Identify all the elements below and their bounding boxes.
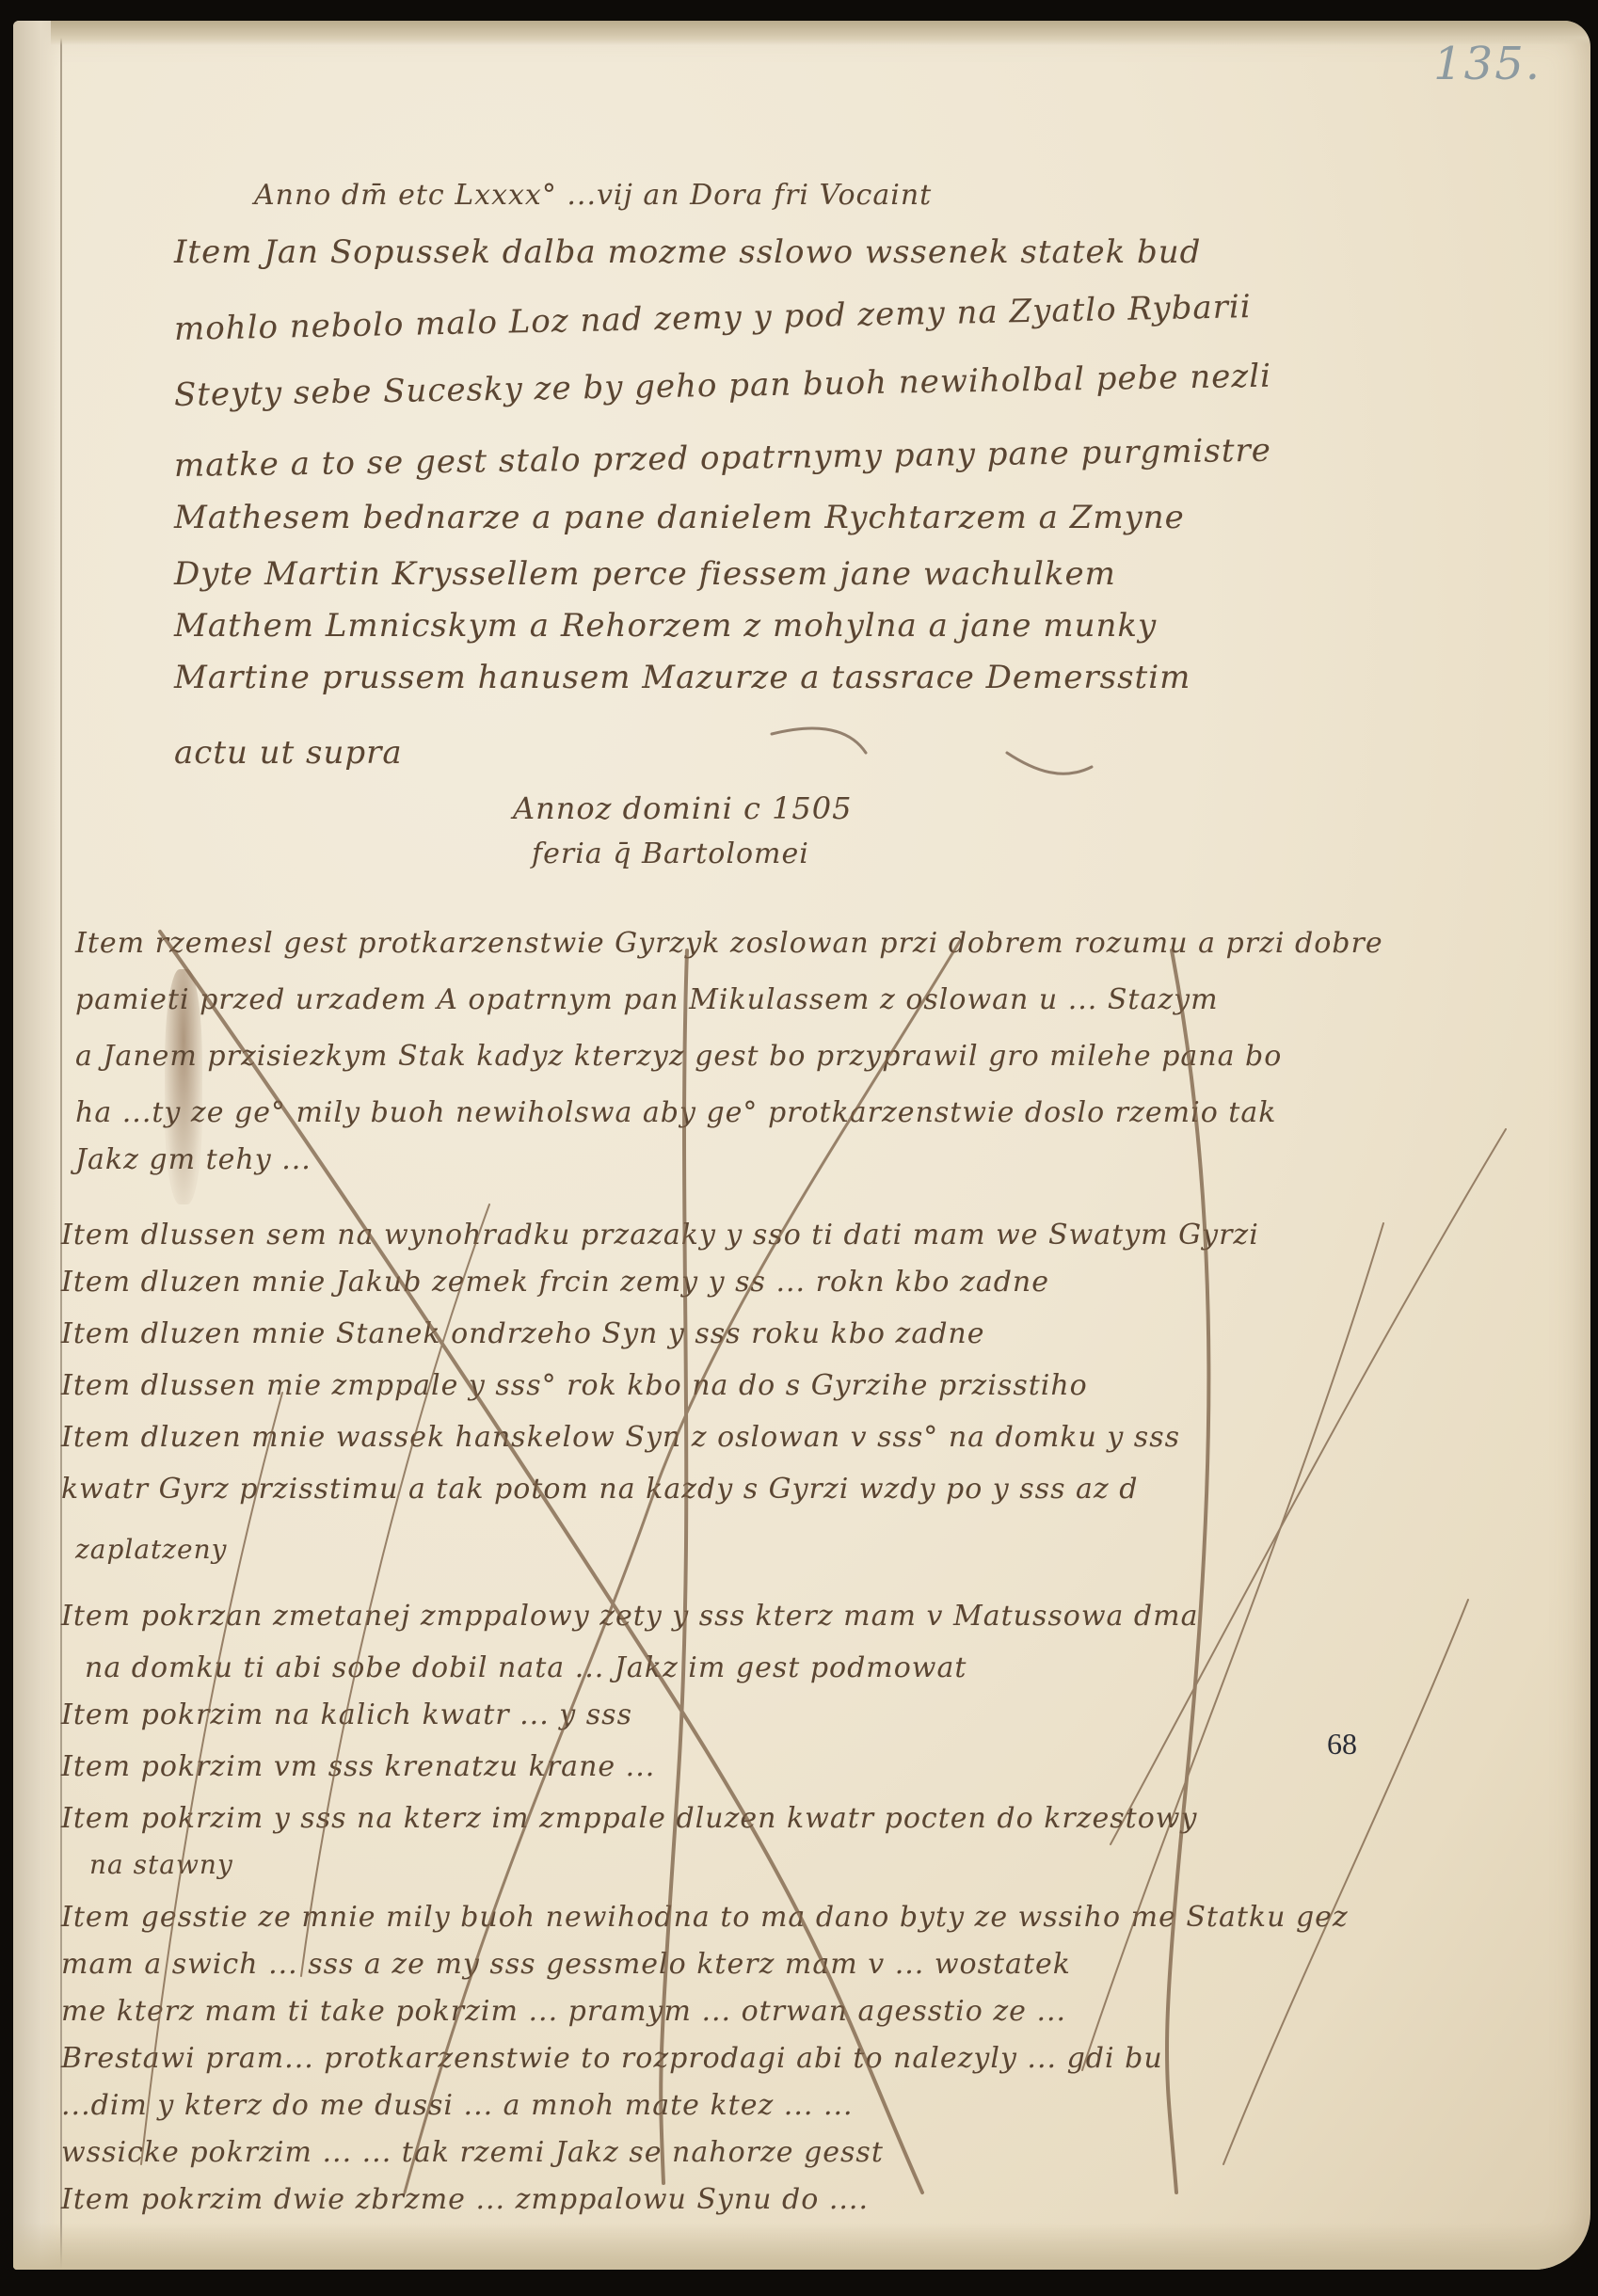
text-line: Item dluzen mnie wassek hanskelow Syn z … [61,1421,1180,1454]
text-line: pamieti przed urzadem A opatrnym pan Mik… [75,983,1219,1016]
page-stamp-number: 68 [1327,1727,1357,1762]
date-line: Annoz domini c 1505 [513,790,853,826]
text-line: Jakz gm tehy ... [75,1143,312,1176]
text-line: Brestawi pram... protkarzenstwie to rozp… [61,2042,1163,2075]
text-line: Item pokrzim y sss na kterz im zmppale d… [61,1802,1197,1835]
feast-line: feria q̄ Bartolomei [532,837,809,870]
text-line: zaplatzeny [75,1534,227,1565]
text-line: Item pokrzim vm sss krenatzu krane ... [61,1750,655,1783]
text-line: a Janem przisiezkym Stak kadyz kterzyz g… [75,1040,1282,1073]
text-line: Item pokrzan zmetanej zmppalowy zety y s… [61,1600,1198,1633]
text-line: Item pokrzim na kalich kwatr ... y sss [61,1698,632,1731]
page-bottom-edge [13,2223,1590,2270]
text-line: wssicke pokrzim ... ... tak rzemi Jakz s… [61,2136,884,2169]
folio-number: 135. [1433,38,1542,90]
text-line: na domku ti abi sobe dobil nata ... Jakz… [85,1651,967,1684]
binding-gutter [13,21,62,2270]
text-line: Mathesem bednarze a pane danielem Rychta… [174,499,1185,536]
text-line: Item gesstie ze mnie mily buoh newihodna… [61,1901,1349,1934]
text-line: Item pokrzim dwie zbrzme ... zmppalowu S… [61,2183,869,2216]
text-line: Item dlussen mie zmppale y sss° rok kbo … [61,1369,1088,1402]
text-line: Mathem Lmnicskym a Rehorzem z mohylna a … [174,607,1157,645]
text-line: mam a swich ... sss a ze my sss gessmelo… [61,1948,1071,1981]
text-line: kwatr Gyrz przisstimu a tak potom na kaz… [61,1473,1138,1506]
text-line: Item Jan Sopussek dalba mozme sslowo wss… [174,233,1201,271]
text-line: ha ...ty ze ge° mily buoh newiholswa aby… [75,1096,1276,1129]
text-line: Martine prussem hanusem Mazurze a tassra… [174,659,1191,696]
entry-heading: Anno dm̄ etc Lxxxx° ...vij an Dora fri V… [254,179,932,212]
text-line: ...dim y kterz do me dussi ... a mnoh ma… [61,2089,854,2122]
text-line: Item dluzen mnie Jakub zemek frcin zemy … [61,1266,1049,1299]
text-line: Dyte Martin Kryssellem perce fiessem jan… [174,555,1116,593]
page-top-edge [51,21,1590,45]
text-line: actu ut supra [174,734,403,772]
text-line: Item dluzen mnie Stanek ondrzeho Syn y s… [61,1317,984,1350]
text-line: me kterz mam ti take pokrzim ... pramym … [61,1995,1066,2028]
text-line: na stawny [89,1849,233,1880]
text-line: Item dlussen sem na wynohradku przazaky … [61,1219,1259,1252]
text-line: Item rzemesl gest protkarzenstwie Gyrzyk… [75,927,1383,960]
